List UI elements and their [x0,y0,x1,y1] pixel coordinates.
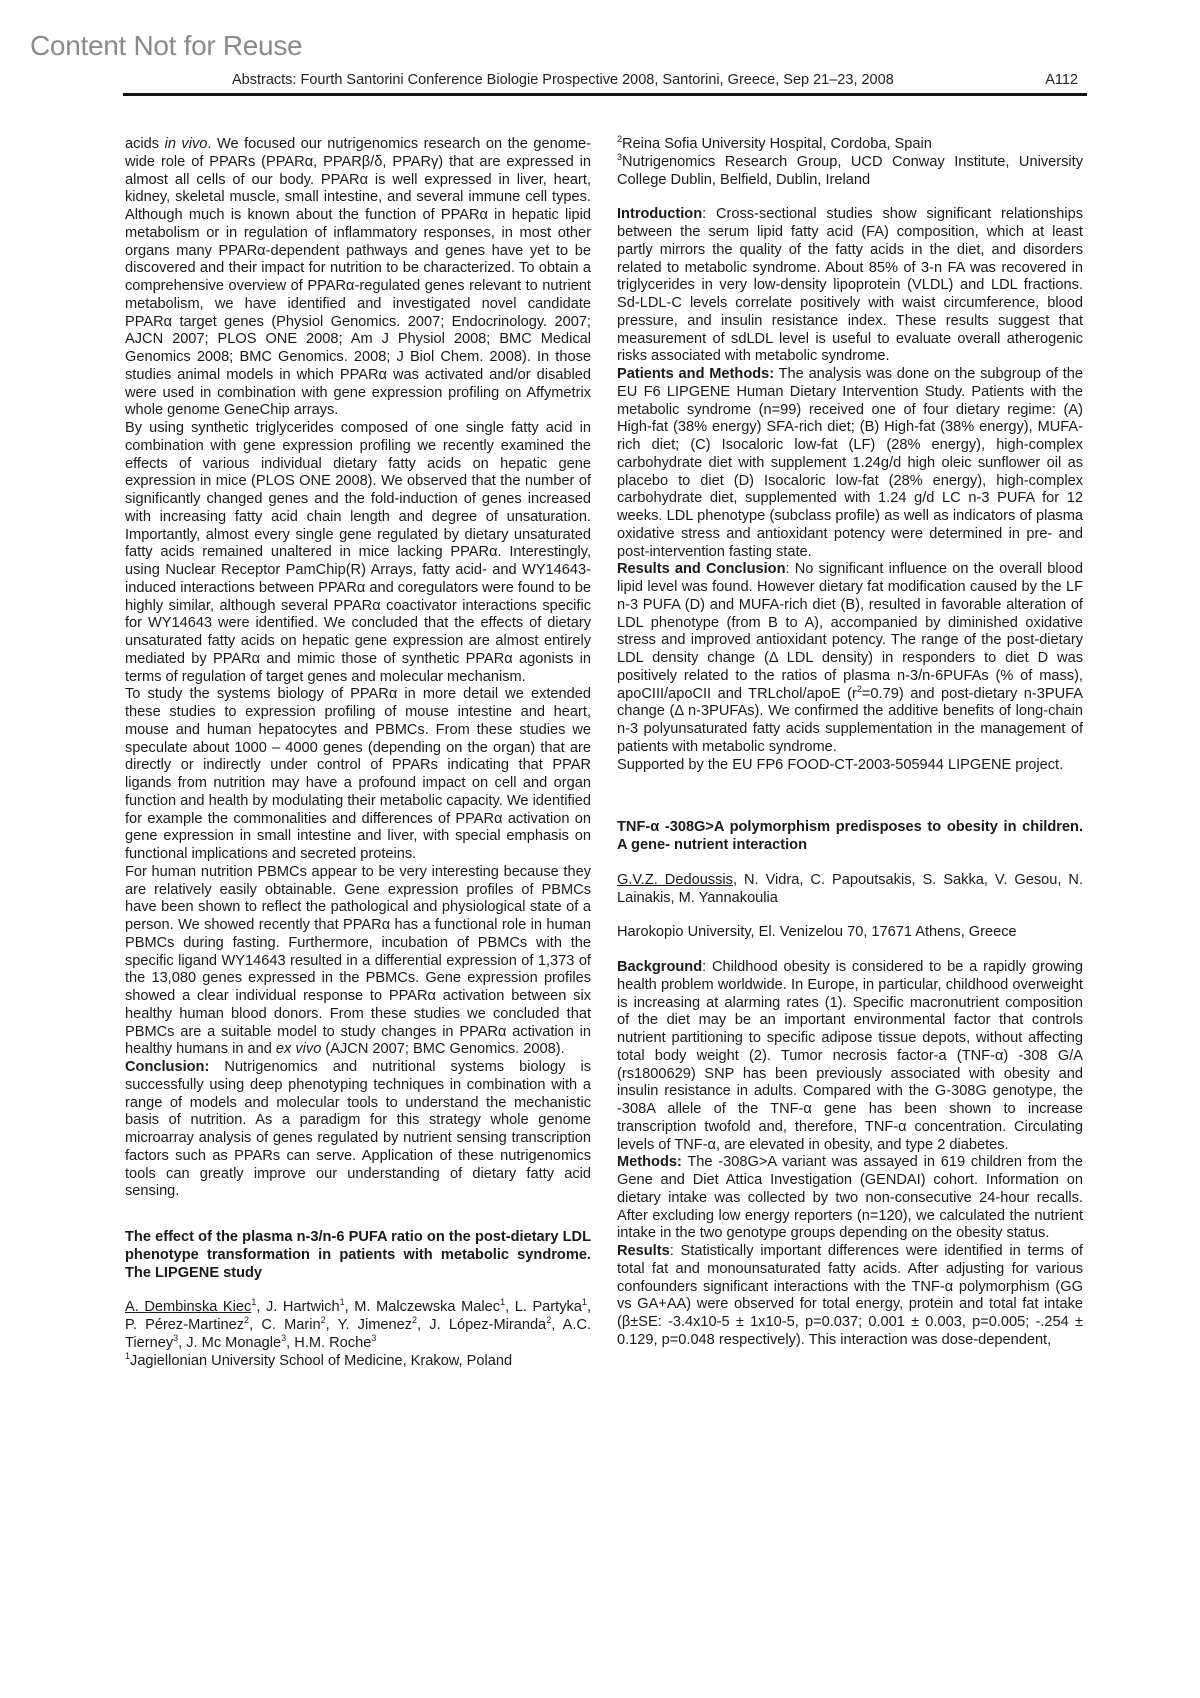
author: L. Partyka [515,1299,582,1315]
results-paragraph: Results and Conclusion: No significant i… [617,561,1083,756]
background-paragraph: Background: Childhood obesity is conside… [617,959,1083,1154]
paragraph: By using synthetic triglycerides compose… [125,420,591,686]
section-label: Methods: [617,1154,682,1170]
left-column: acids in vivo. We focused our nutrigenom… [125,136,591,1370]
right-column: 2Reina Sofia University Hospital, Cordob… [617,136,1083,1350]
paragraph: acids in vivo. We focused our nutrigenom… [125,136,591,420]
author: M. Malczewska Malec [354,1299,500,1315]
section-label: Results and Conclusion [617,561,785,577]
paragraph: To study the systems biology of PPARα in… [125,686,591,864]
affiliation: 3Nutrigenomics Research Group, UCD Conwa… [617,154,1083,190]
abstract-title: TNF-α -308G>A polymorphism predisposes t… [617,819,1083,855]
affiliation: 1Jagiellonian University School of Medic… [125,1353,591,1371]
section-label: Results [617,1243,670,1259]
author: P. Pérez-Martinez [125,1317,244,1333]
watermark: Content Not for Reuse [30,30,302,62]
abstract-title: The effect of the plasma n-3/n-6 PUFA ra… [125,1229,591,1282]
presenting-author: A. Dembinska Kiec [125,1299,251,1315]
funding-note: Supported by the EU FP6 FOOD-CT-2003-505… [617,757,1083,775]
author: H.M. Roche [294,1335,371,1351]
page-number: A112 [1045,72,1078,88]
methods-paragraph: Patients and Methods: The analysis was d… [617,366,1083,561]
author: J. Mc Monagle [186,1335,281,1351]
author: J. López-Miranda [429,1317,546,1333]
section-label: Background [617,959,702,975]
paragraph: For human nutrition PBMCs appear to be v… [125,864,591,1059]
author: Y. Jimenez [338,1317,412,1333]
results-paragraph: Results: Statistically important differe… [617,1243,1083,1350]
conclusion-paragraph: Conclusion: Nutrigenomics and nutritiona… [125,1059,591,1201]
affiliation: Harokopio University, El. Venizelou 70, … [617,924,1083,942]
author-list: A. Dembinska Kiec1, J. Hartwich1, M. Mal… [125,1299,591,1352]
journal-title: Abstracts: Fourth Santorini Conference B… [232,72,894,88]
author: C. Marin [261,1317,320,1333]
section-label: Introduction [617,206,702,222]
affiliation: 2Reina Sofia University Hospital, Cordob… [617,136,1083,154]
presenting-author: G.V.Z. Dedoussis [617,872,733,888]
author-list: G.V.Z. Dedoussis, N. Vidra, C. Papoutsak… [617,872,1083,908]
author: J. Hartwich [266,1299,340,1315]
header-rule [123,93,1087,96]
section-label: Conclusion: [125,1059,209,1075]
section-label: Patients and Methods: [617,366,774,382]
introduction-paragraph: Introduction: Cross-sectional studies sh… [617,206,1083,366]
methods-paragraph: Methods: The -308G>A variant was assayed… [617,1154,1083,1243]
